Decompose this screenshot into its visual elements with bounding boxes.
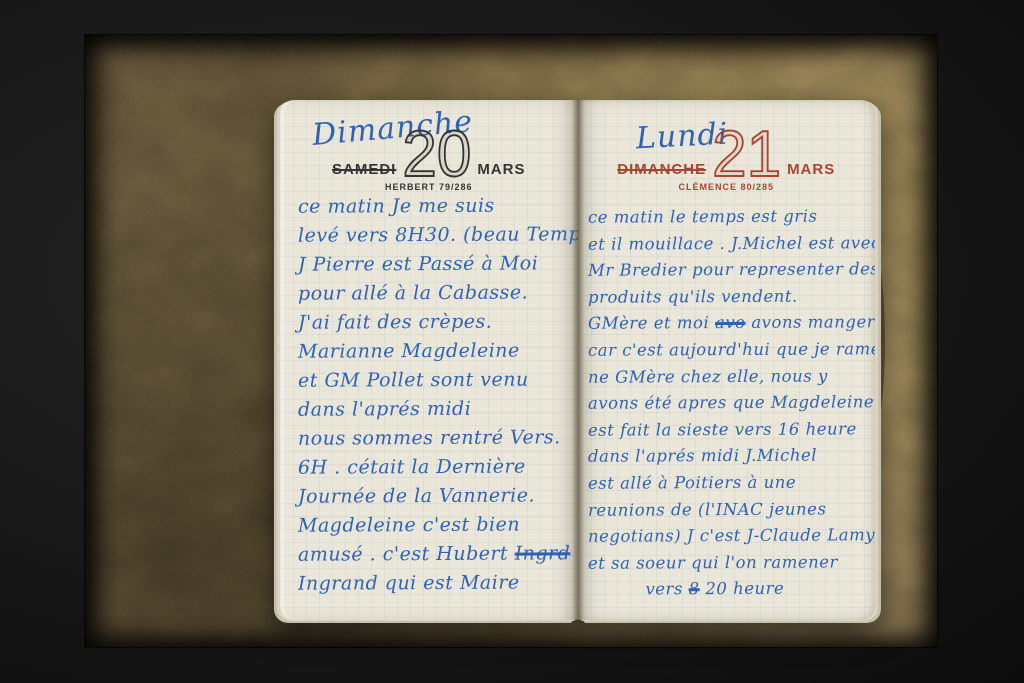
handwriting-line: Ingrand qui est Maire <box>298 568 574 598</box>
diary-notebook: Dimanche SAMEDI 20 MARS HERBERT 79/286 c… <box>280 100 875 620</box>
day-number: 21 <box>712 129 781 181</box>
handwriting-line: Magdeleine c'est bien <box>298 510 574 540</box>
handwriting-line: car c'est aujourd'hui que je ramè. <box>587 336 871 364</box>
handwriting-line: levé vers 8H30. (beau Temps) <box>298 220 574 250</box>
printed-date-row: SAMEDI 20 MARS <box>280 130 578 180</box>
framed-diary-photo: Dimanche SAMEDI 20 MARS HERBERT 79/286 c… <box>0 0 1024 683</box>
page-header-right: Lundi DIMANCHE 21 MARS CLÉMENCE 80/285 <box>578 100 876 206</box>
handwriting-line: ce matin le temps est gris <box>587 203 871 231</box>
handwriting-line: J'ai fait des crèpes. <box>298 307 574 337</box>
handwriting-line: est allé à Poitiers à une <box>587 469 871 497</box>
handwriting-line: dans l'aprés midi <box>298 394 574 424</box>
handwriting-line: J Pierre est Passé à Moi <box>298 249 574 279</box>
handwriting-line: avons été apres que Magdeleine <box>587 389 871 417</box>
handwriting-line: produits qu'ils vendent. <box>587 283 871 311</box>
handwriting-line: pour allé à la Cabasse. <box>298 278 574 308</box>
printed-month: MARS <box>477 162 525 180</box>
handwriting-line: et il mouillace . J.Michel est avec <box>587 230 871 258</box>
diary-page-left: Dimanche SAMEDI 20 MARS HERBERT 79/286 c… <box>280 100 578 620</box>
printed-day-name: DIMANCHE <box>617 162 706 180</box>
handwriting-line: vers 8 20 heure <box>587 576 871 604</box>
handwriting-line: negotians) J c'est J-Claude Lamy <box>587 522 871 550</box>
handwriting-line: et GM Pollet sont venu <box>298 365 574 395</box>
handwriting-line: GMère et moi avo avons manger <box>587 310 871 338</box>
handwriting-line: nous sommes rentré Vers. <box>298 423 574 453</box>
handwriting-block-right: ce matin le temps est griset il mouillac… <box>588 204 872 603</box>
handwriting-line: reunions de (l'INAC jeunes <box>587 496 871 524</box>
printed-month: MARS <box>787 162 835 180</box>
page-header-left: Dimanche SAMEDI 20 MARS HERBERT 79/286 <box>280 100 578 196</box>
handwriting-line: est fait la sieste vers 16 heure <box>587 416 871 444</box>
handwriting-line: amusé . c'est Hubert Ingrd <box>298 539 574 569</box>
handwriting-line: et sa soeur qui l'on ramener <box>587 549 871 577</box>
picture-frame: Dimanche SAMEDI 20 MARS HERBERT 79/286 c… <box>0 0 1024 683</box>
handwriting-block-left: ce matin Je me suislevé vers 8H30. (beau… <box>298 192 574 598</box>
handwriting-line: Journée de la Vannerie. <box>298 481 574 511</box>
day-number: 20 <box>402 129 471 181</box>
printed-day-name: SAMEDI <box>332 162 396 180</box>
handwriting-line: Marianne Magdeleine <box>298 336 574 366</box>
handwriting-line: ne GMère chez elle, nous y <box>587 363 871 391</box>
handwriting-line: ce matin Je me suis <box>298 191 574 221</box>
handwriting-line: dans l'aprés midi J.Michel <box>587 443 871 471</box>
saint-day-line: CLÉMENCE 80/285 <box>578 182 876 192</box>
handwriting-line: 6H . cétait la Dernière <box>298 452 574 482</box>
diary-page-right: Lundi DIMANCHE 21 MARS CLÉMENCE 80/285 c… <box>578 100 876 620</box>
textured-mat: Dimanche SAMEDI 20 MARS HERBERT 79/286 c… <box>84 34 938 648</box>
handwriting-line: Mr Bredier pour representer des <box>587 256 871 284</box>
printed-date-row: DIMANCHE 21 MARS <box>578 130 876 180</box>
